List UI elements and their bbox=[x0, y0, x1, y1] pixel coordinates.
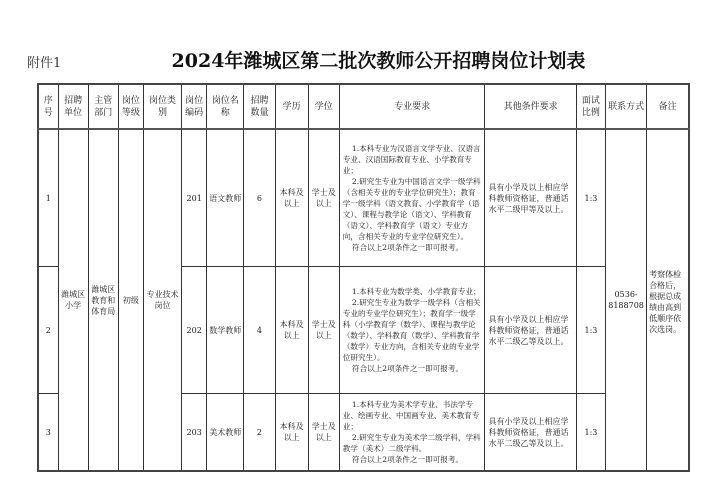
cell-no: 2 bbox=[38, 267, 58, 394]
cell-category: 专业技术岗位 bbox=[143, 129, 181, 471]
col-header-unit: 招聘单位 bbox=[58, 84, 88, 129]
recruitment-plan-table: 序号 招聘单位 主管部门 岗位等级 岗位类别 岗位编码 岗位名称 招聘数量 学历… bbox=[37, 83, 690, 472]
col-header-ratio: 面试比例 bbox=[576, 84, 605, 129]
page-title: 2024年潍城区第二批次教师公开招聘岗位计划表 bbox=[0, 46, 727, 73]
cell-count: 4 bbox=[244, 267, 275, 394]
cell-degree: 学士及以上 bbox=[308, 129, 339, 267]
col-header-education: 学历 bbox=[275, 84, 308, 129]
major-item: 符合以上2项条件之一即可报考。 bbox=[343, 363, 482, 374]
cell-unit: 潍城区小学 bbox=[58, 129, 88, 471]
col-header-count: 招聘数量 bbox=[244, 84, 275, 129]
cell-major: 1.本科专业为汉语言文学专业、汉语言专业、汉语国际教育专业、小学教育专业； 2.… bbox=[339, 129, 485, 267]
major-item: 1.本科专业为汉语言文学专业、汉语言专业、汉语国际教育专业、小学教育专业； bbox=[343, 143, 482, 176]
cell-degree: 学士及以上 bbox=[308, 267, 339, 394]
cell-position: 语文教师 bbox=[207, 129, 244, 267]
major-item: 2.研究生专业为美术学二级学科，学科教学（美术）二级学科。 bbox=[343, 432, 482, 454]
cell-count: 2 bbox=[244, 394, 275, 472]
col-header-category: 岗位类别 bbox=[143, 84, 181, 129]
cell-contact: 0536-8188708 bbox=[605, 129, 646, 471]
col-header-major: 专业要求 bbox=[339, 84, 485, 129]
col-header-level: 岗位等级 bbox=[118, 84, 143, 129]
col-header-no: 序号 bbox=[38, 84, 58, 129]
cell-no: 1 bbox=[38, 129, 58, 267]
col-header-code: 岗位编码 bbox=[182, 84, 207, 129]
cell-remarks: 考察体检合格后，根据总成绩由高到低顺序依次选岗。 bbox=[647, 129, 689, 471]
col-header-remarks: 备注 bbox=[647, 84, 689, 129]
cell-code: 202 bbox=[182, 267, 207, 394]
table-row: 1 潍城区小学 潍城区教育和体育局 初级 专业技术岗位 201 语文教师 6 本… bbox=[38, 129, 689, 267]
col-header-degree: 学位 bbox=[308, 84, 339, 129]
table-header-row: 序号 招聘单位 主管部门 岗位等级 岗位类别 岗位编码 岗位名称 招聘数量 学历… bbox=[38, 84, 689, 129]
cell-ratio: 1:3 bbox=[576, 129, 605, 267]
major-item: 符合以上2项条件之一即可报考。 bbox=[343, 454, 482, 465]
col-header-other: 其他条件要求 bbox=[485, 84, 576, 129]
col-header-contact: 联系方式 bbox=[605, 84, 646, 129]
cell-level: 初级 bbox=[118, 129, 143, 471]
cell-code: 203 bbox=[182, 394, 207, 472]
cell-education: 本科及以上 bbox=[275, 129, 308, 267]
cell-other: 具有小学及以上相应学科教师资格证，普通话水平二级乙等及以上。 bbox=[485, 267, 576, 394]
major-item: 1.本科专业为美术学专业、书法学专业、绘画专业、中国画专业、美术教育专业； bbox=[343, 399, 482, 432]
cell-degree: 学士及以上 bbox=[308, 394, 339, 472]
col-header-department: 主管部门 bbox=[88, 84, 118, 129]
cell-education: 本科及以上 bbox=[275, 394, 308, 472]
cell-other: 具有小学及以上相应学科教师资格证，普通话水平二级乙等及以上。 bbox=[485, 394, 576, 472]
major-item: 1.本科专业为数学类、小学教育专业； bbox=[343, 286, 482, 297]
cell-count: 6 bbox=[244, 129, 275, 267]
major-item: 2.研究生专业为数学一级学科（含相关专业的专业学位研究生）；教育学一级学科（小学… bbox=[343, 297, 482, 363]
cell-major: 1.本科专业为数学类、小学教育专业； 2.研究生专业为数学一级学科（含相关专业的… bbox=[339, 267, 485, 394]
cell-no: 3 bbox=[38, 394, 58, 472]
cell-code: 201 bbox=[182, 129, 207, 267]
cell-education: 本科及以上 bbox=[275, 267, 308, 394]
cell-ratio: 1:3 bbox=[576, 267, 605, 394]
cell-position: 美术教师 bbox=[207, 394, 244, 472]
cell-major: 1.本科专业为美术学专业、书法学专业、绘画专业、中国画专业、美术教育专业； 2.… bbox=[339, 394, 485, 472]
col-header-position: 岗位名称 bbox=[207, 84, 244, 129]
cell-ratio: 1:3 bbox=[576, 394, 605, 472]
remarks-text: 考察体检合格后，根据总成绩由高到低顺序依次选岗。 bbox=[649, 136, 686, 335]
major-item: 符合以上2项条件之一即可报考。 bbox=[343, 242, 482, 253]
major-item: 2.研究生专业为中国语言文学一级学科（含相关专业的专业学位研究生）；教育学一级学… bbox=[343, 176, 482, 242]
cell-other: 具有小学及以上相应学科教师资格证，普通话水平二级甲等及以上。 bbox=[485, 129, 576, 267]
cell-position: 数学教师 bbox=[207, 267, 244, 394]
cell-department: 潍城区教育和体育局 bbox=[88, 129, 118, 471]
